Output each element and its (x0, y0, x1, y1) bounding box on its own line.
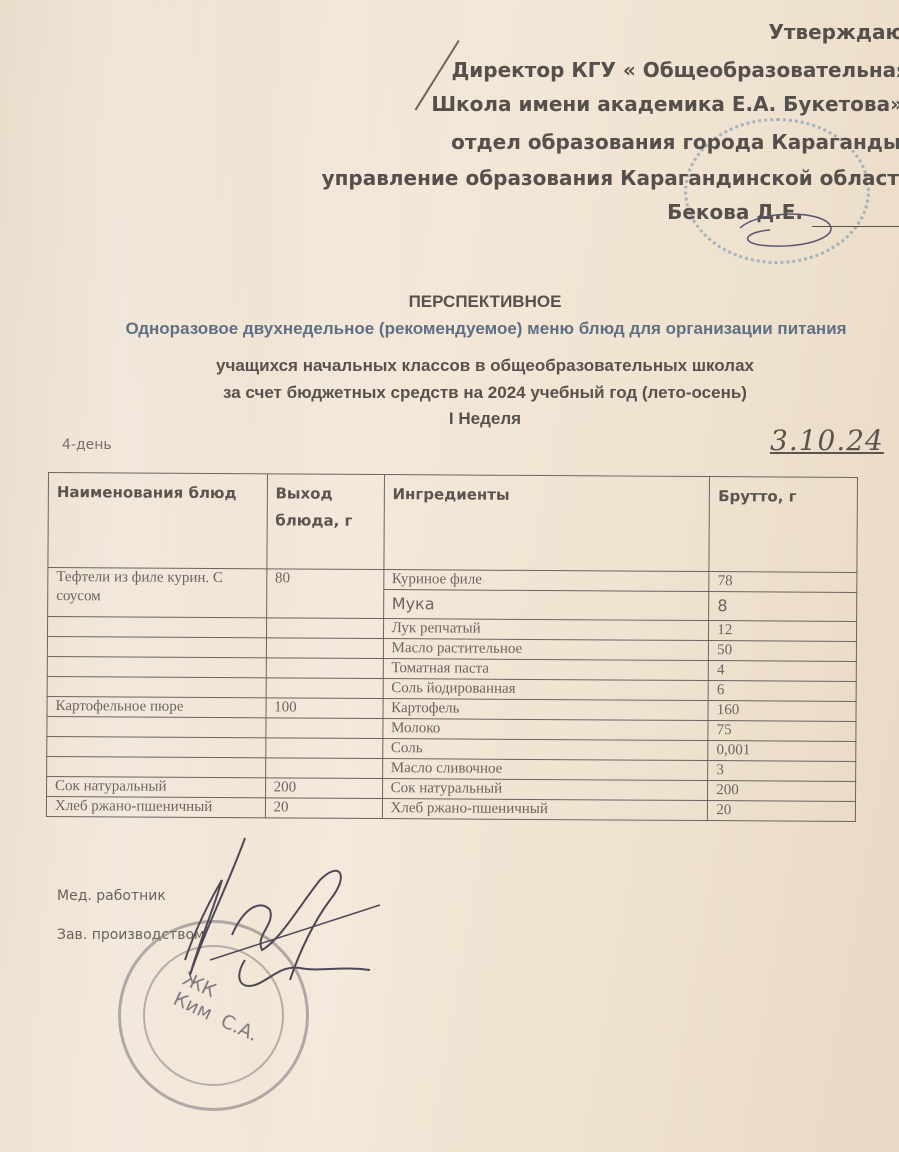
ingredient-cell: Картофель (383, 699, 709, 721)
dish-name-cell (47, 716, 266, 737)
gross-cell: 20 (708, 801, 856, 822)
dish-name-cell: Тефтели из филе курин. С соусом (48, 568, 267, 618)
yield-cell: 100 (266, 698, 383, 719)
approval-signatory-name: Бекова Д.Е. (667, 200, 803, 224)
ingredient-cell: Сок натуральный (382, 779, 708, 801)
menu-table: Наименования блюд Выход блюда, г Ингреди… (46, 472, 858, 822)
gross-cell: 200 (708, 781, 856, 802)
ingredient-cell: Хлеб ржано-пшеничный (382, 799, 708, 821)
yield-cell: 20 (265, 798, 382, 819)
approval-director-line: Директор КГУ « Общеобразовательная (451, 58, 899, 82)
dish-name-cell (47, 756, 266, 777)
ingredient-cell: Куриное филе (383, 570, 709, 592)
gross-cell: 50 (709, 641, 857, 662)
dish-name-cell (47, 637, 266, 658)
med-worker-label: Мед. работник (57, 888, 166, 904)
dish-name-cell (47, 676, 266, 697)
header-ingredients: Ингредиенты (384, 475, 710, 572)
approval-administration-line: управление образования Карагандинской об… (322, 166, 899, 190)
table-row: Хлеб ржано-пшеничный20Хлеб ржано-пшеничн… (46, 796, 855, 821)
table-row: Тефтели из филе курин. С соусом80Куриное… (48, 568, 857, 593)
dish-name-cell (47, 736, 266, 757)
yield-cell (266, 678, 383, 699)
header-gross: Брутто, г (709, 477, 857, 573)
signature-line (812, 226, 899, 227)
table-header-row: Наименования блюд Выход блюда, г Ингреди… (48, 473, 858, 573)
document-subtitle-1: Одноразовое двухнедельное (рекомендуемое… (0, 319, 899, 339)
ingredient-cell: Соль йодированная (383, 679, 709, 701)
approval-department-line: отдел образования города Караганды (451, 130, 899, 154)
gross-cell: 4 (709, 661, 857, 682)
ingredient-cell: Молоко (382, 719, 708, 741)
ingredient-cell: Соль (382, 739, 708, 761)
yield-cell (265, 758, 382, 779)
gross-cell: 6 (708, 681, 856, 702)
dish-name-cell: Картофельное пюре (47, 696, 266, 717)
dish-name-cell (47, 656, 266, 677)
day-label: 4-день (62, 437, 112, 453)
gross-cell: 0,001 (708, 741, 856, 762)
gross-cell: 12 (709, 621, 857, 642)
yield-cell (265, 738, 382, 759)
header-yield: Выход блюда, г (267, 474, 385, 570)
document-heading: ПЕРСПЕКТИВНОЕ (0, 292, 899, 312)
approval-school-line: Школа имени академика Е.А. Букетова» (431, 92, 899, 116)
yield-cell (266, 718, 383, 739)
ingredient-cell: Масло растительное (383, 639, 709, 661)
gross-cell: 78 (709, 572, 857, 593)
yield-cell (266, 618, 383, 639)
week-label: I Неделя (0, 409, 899, 429)
header-dish-name: Наименования блюд (48, 473, 267, 569)
ingredient-cell: Томатная паста (383, 659, 709, 681)
dish-name-cell: Сок натуральный (47, 776, 266, 797)
dish-name-cell (47, 617, 266, 638)
kitchen-stamp: ЖК Ким С.А. (118, 920, 309, 1111)
approval-heading: Утверждаю (768, 20, 899, 44)
document-subtitle-3: за счет бюджетных средств на 2024 учебны… (0, 383, 899, 403)
ingredient-cell: Мука (383, 590, 709, 621)
stamp-text: ЖК Ким С.А. (170, 968, 271, 1046)
dish-name-cell: Хлеб ржано-пшеничный (46, 796, 265, 817)
ingredient-cell: Масло сливочное (382, 759, 708, 781)
handwritten-date: 3.10.24 (770, 424, 884, 457)
gross-cell: 160 (708, 701, 856, 722)
yield-cell: 200 (265, 778, 382, 799)
yield-cell: 80 (266, 569, 383, 619)
gross-cell: 75 (708, 721, 856, 742)
gross-cell: 3 (708, 761, 856, 782)
yield-cell (266, 658, 383, 679)
yield-cell (266, 638, 383, 659)
gross-cell: 8 (709, 592, 857, 622)
document-subtitle-2: учащихся начальных классов в общеобразов… (0, 356, 899, 376)
ingredient-cell: Лук репчатый (383, 619, 709, 641)
